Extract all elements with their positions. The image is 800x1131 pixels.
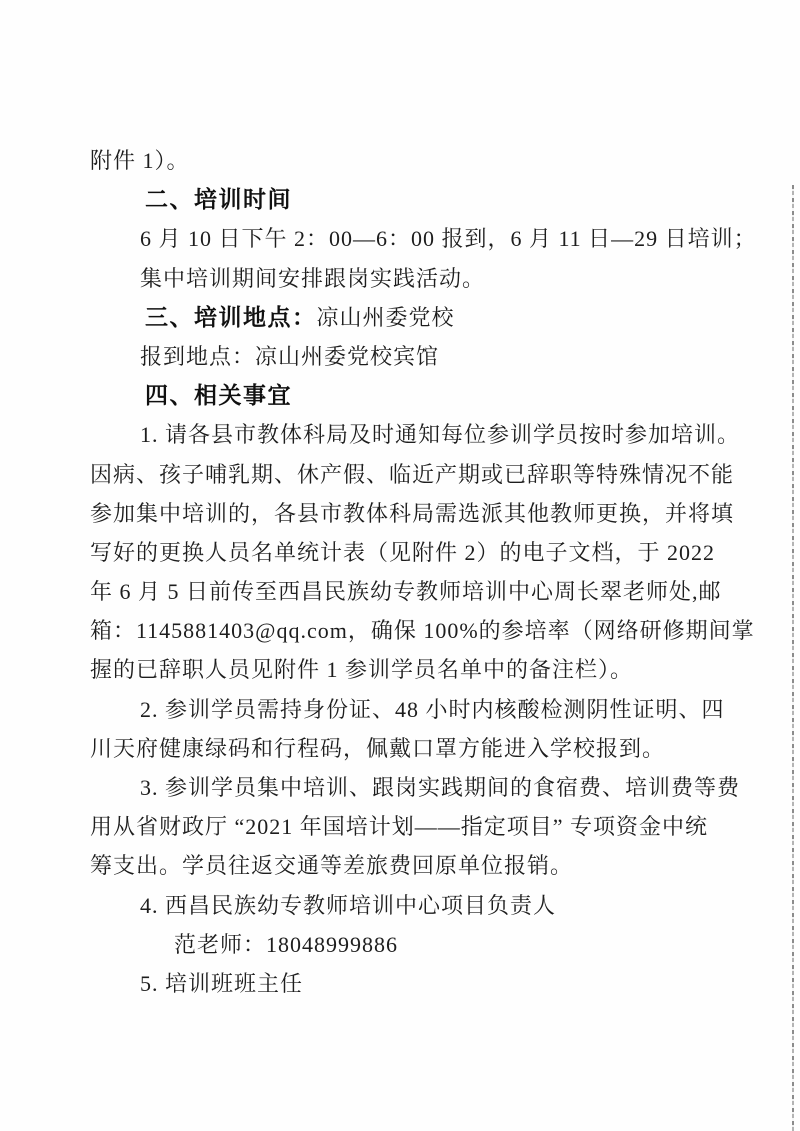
document-page: 附件 1）。二、培训时间6 月 10 日下午 2：00—6：00 报到，6 月 … xyxy=(0,0,800,1131)
heading-text: 二、培训时间 xyxy=(145,186,292,212)
body-text: 筹支出。学员往返交通等差旅费回原单位报销。 xyxy=(90,853,573,878)
body-text: 报到地点：凉山州委党校宾馆 xyxy=(140,344,439,369)
line-item3-2: 用从省财政厅 “2021 年国培计划——指定项目” 专项资金中统 xyxy=(90,807,740,846)
line-item2-1: 2. 参训学员需持身份证、48 小时内核酸检测阴性证明、四 xyxy=(140,690,740,729)
heading-section-2-time: 二、培训时间 xyxy=(145,180,740,219)
body-text: 参加集中培训的，各县市教体科局需选派其他教师更换，并将填 xyxy=(90,501,734,526)
body-text: 箱：1145881403@qq.com，确保 100%的参培率（网络研修期间掌 xyxy=(90,618,755,643)
line-item4-contact: 范老师：18048999886 xyxy=(174,925,740,964)
body-text: 5. 培训班班主任 xyxy=(140,971,303,996)
line-item4-1: 4. 西昌民族幼专教师培训中心项目负责人 xyxy=(140,886,740,925)
body-text: 范老师：18048999886 xyxy=(174,932,398,957)
document-body: 附件 1）。二、培训时间6 月 10 日下午 2：00—6：00 报到，6 月 … xyxy=(90,141,740,1003)
line-item1-3: 参加集中培训的，各县市教体科局需选派其他教师更换，并将填 xyxy=(90,494,740,533)
heading-text: 四、相关事宜 xyxy=(145,382,292,408)
body-text: 年 6 月 5 日前传至西昌民族幼专教师培训中心周长翠老师处,邮 xyxy=(90,579,722,604)
line-attachment-ref: 附件 1）。 xyxy=(90,141,740,180)
body-text: 写好的更换人员名单统计表（见附件 2）的电子文档，于 2022 xyxy=(90,540,715,565)
body-text: 3. 参训学员集中培训、跟岗实践期间的食宿费、培训费等费 xyxy=(140,775,740,800)
line-item1-7: 握的已辞职人员见附件 1 参训学员名单中的备注栏）。 xyxy=(90,650,740,689)
scan-edge-artifact xyxy=(792,185,794,1131)
line-item3-1: 3. 参训学员集中培训、跟岗实践期间的食宿费、培训费等费 xyxy=(140,768,740,807)
line-schedule-1: 6 月 10 日下午 2：00—6：00 报到，6 月 11 日—29 日培训； xyxy=(140,219,740,258)
body-text: 4. 西昌民族幼专教师培训中心项目负责人 xyxy=(140,893,556,918)
body-text: 6 月 10 日下午 2：00—6：00 报到，6 月 11 日—29 日培训； xyxy=(140,226,757,251)
line-item1-2: 因病、孩子哺乳期、休产假、临近产期或已辞职等特殊情况不能 xyxy=(90,455,740,494)
line-checkin-location: 报到地点：凉山州委党校宾馆 xyxy=(140,337,740,376)
body-text: 1. 请各县市教体科局及时通知每位参训学员按时参加培训。 xyxy=(140,422,740,447)
line-item5-1: 5. 培训班班主任 xyxy=(140,964,740,1003)
heading-section-4-matters: 四、相关事宜 xyxy=(145,376,740,415)
body-text: 2. 参训学员需持身份证、48 小时内核酸检测阴性证明、四 xyxy=(140,697,725,722)
line-item2-2: 川天府健康绿码和行程码，佩戴口罩方能进入学校报到。 xyxy=(90,729,740,768)
body-text: 附件 1）。 xyxy=(90,148,190,173)
heading-text: 三、培训地点： xyxy=(145,304,317,330)
body-text: 川天府健康绿码和行程码，佩戴口罩方能进入学校报到。 xyxy=(90,736,665,761)
body-text: 用从省财政厅 “2021 年国培计划——指定项目” 专项资金中统 xyxy=(90,814,708,839)
body-text: 因病、孩子哺乳期、休产假、临近产期或已辞职等特殊情况不能 xyxy=(90,462,734,487)
line-item1-1: 1. 请各县市教体科局及时通知每位参训学员按时参加培训。 xyxy=(140,415,740,454)
line-item1-5: 年 6 月 5 日前传至西昌民族幼专教师培训中心周长翠老师处,邮 xyxy=(90,572,740,611)
line-item1-4: 写好的更换人员名单统计表（见附件 2）的电子文档，于 2022 xyxy=(90,533,740,572)
line-item3-3: 筹支出。学员往返交通等差旅费回原单位报销。 xyxy=(90,846,740,885)
body-text: 集中培训期间安排跟岗实践活动。 xyxy=(140,266,485,291)
heading-section-3-location: 三、培训地点：凉山州委党校 xyxy=(145,298,740,337)
line-schedule-2: 集中培训期间安排跟岗实践活动。 xyxy=(140,259,740,298)
line-item1-6: 箱：1145881403@qq.com，确保 100%的参培率（网络研修期间掌 xyxy=(90,611,740,650)
body-text: 握的已辞职人员见附件 1 参训学员名单中的备注栏）。 xyxy=(90,657,633,682)
body-text: 凉山州委党校 xyxy=(317,305,455,330)
